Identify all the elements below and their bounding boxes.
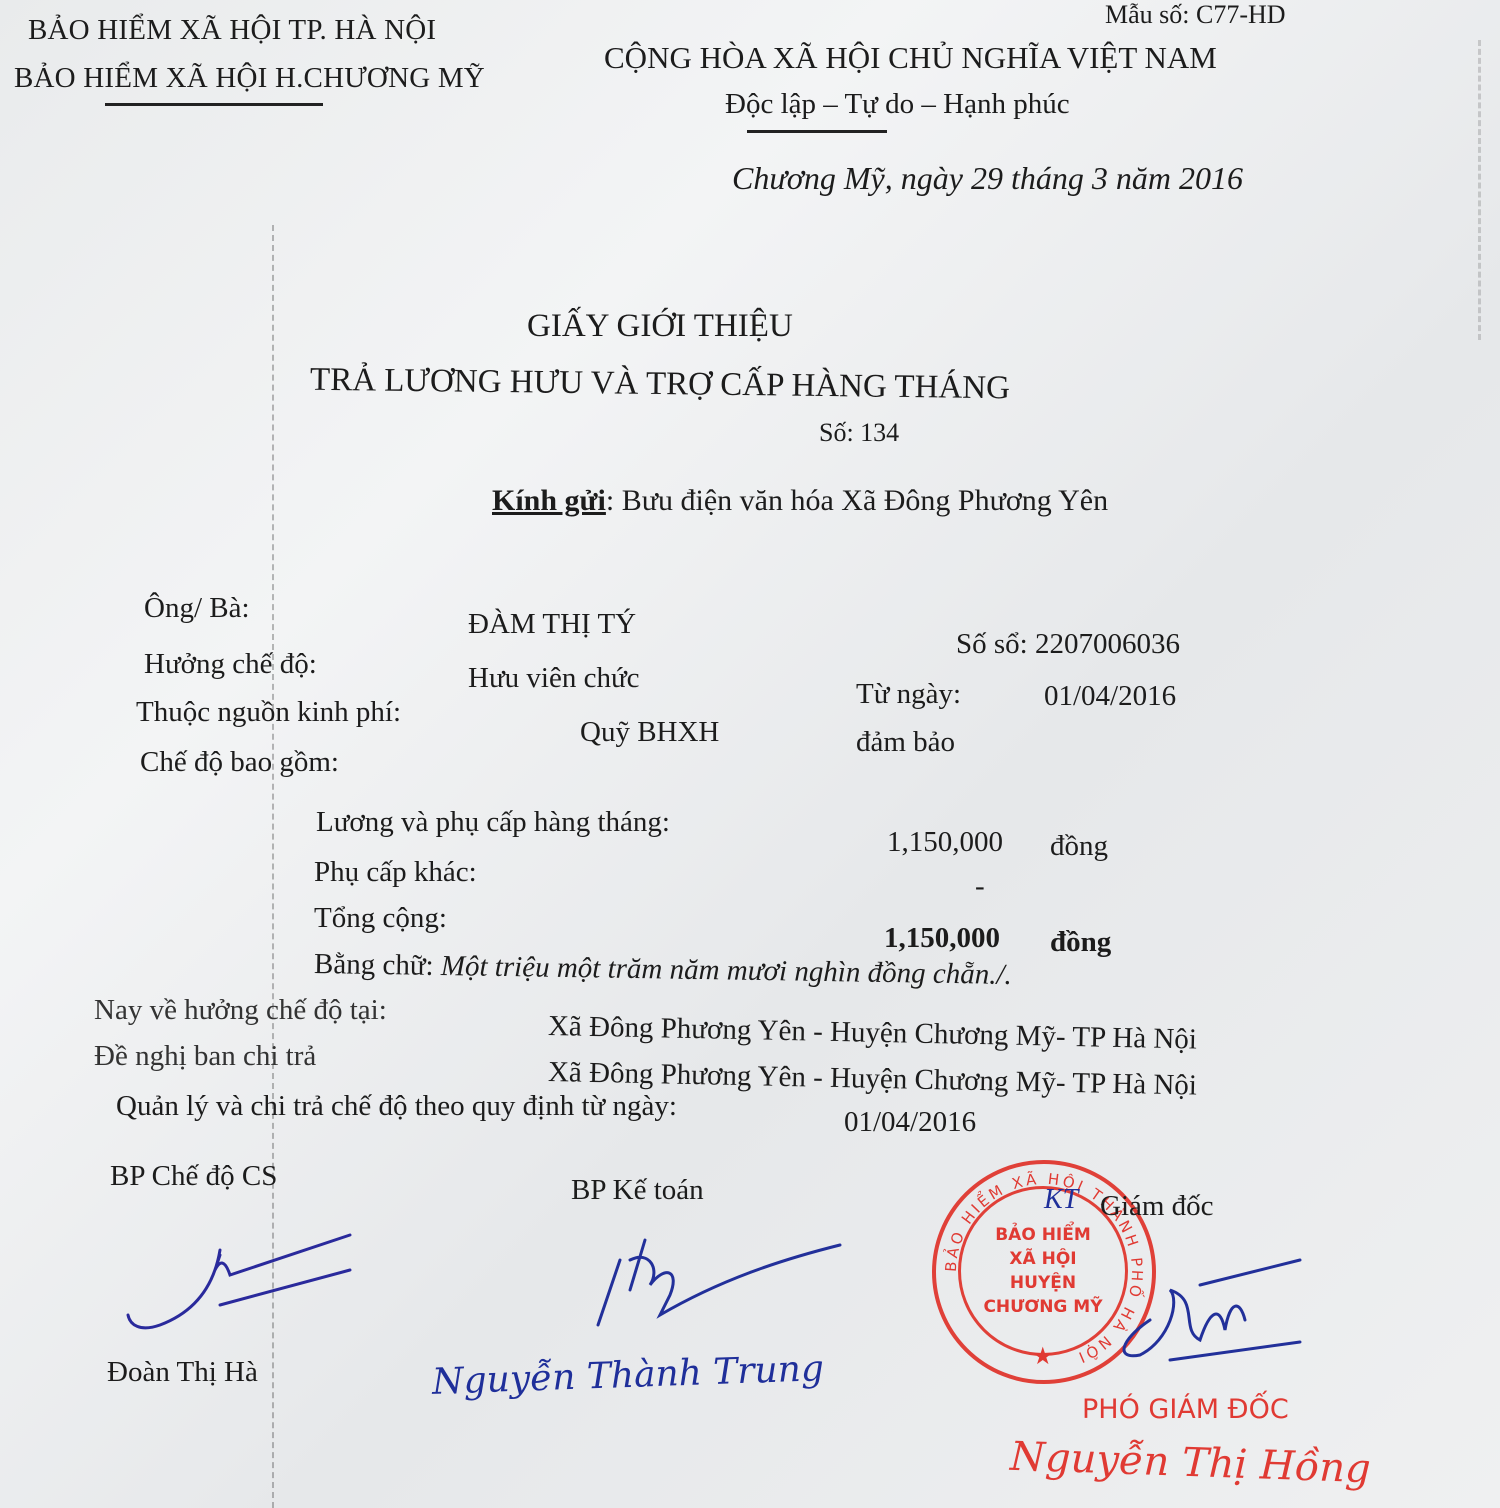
salary-unit: đồng <box>1050 830 1108 863</box>
dept1-title: BP Chế độ CS <box>110 1160 277 1193</box>
signature-2 <box>590 1230 850 1340</box>
deputy-signer-name: Nguyễn Thị Hồng <box>1009 1434 1371 1493</box>
recipient: Kính gửi: Bưu điện văn hóa Xã Đông Phươn… <box>492 484 1108 518</box>
from-date-label: Từ ngày: <box>856 678 961 711</box>
stamp-line-4: CHƯƠNG MỸ <box>961 1295 1125 1319</box>
star-icon: ★ <box>1032 1342 1054 1371</box>
fund-label: Thuộc nguồn kinh phí: <box>136 696 401 729</box>
name-label: Ông/ Bà: <box>144 592 250 625</box>
salary-label: Lương và phụ cấp hàng tháng: <box>316 806 670 839</box>
includes-label: Chế độ bao gồm: <box>140 746 339 779</box>
recipient-value: : Bưu điện văn hóa Xã Đông Phương Yên <box>606 484 1108 517</box>
other-allowance-label: Phụ cấp khác: <box>314 856 477 889</box>
place-date: Chương Mỹ, ngày 29 tháng 3 năm 2016 <box>732 160 1243 197</box>
signature-3 <box>1110 1260 1430 1370</box>
salary-value: 1,150,000 <box>887 826 1003 859</box>
document-title: GIẤY GIỚI THIỆU <box>527 308 793 345</box>
receive-label: Nay về hưởng chế độ tại: <box>94 994 387 1027</box>
stamp-line-2: XÃ HỘI <box>961 1247 1125 1271</box>
recipient-label: Kính gửi <box>492 484 606 517</box>
name-value: ĐÀM THỊ TÝ <box>468 608 636 641</box>
fund-suffix: đảm bảo <box>856 726 955 759</box>
dept2-title: BP Kế toán <box>571 1174 704 1207</box>
total-value: 1,150,000 <box>884 922 1000 955</box>
director-title: Giám đốc <box>1100 1190 1214 1223</box>
total-unit: đồng <box>1050 926 1111 959</box>
director-prefix: KT <box>1044 1184 1078 1216</box>
manage-label: Quản lý và chi trả chế độ theo quy định … <box>116 1090 677 1123</box>
regime-value: Hưu viên chức <box>468 662 640 695</box>
nation-title: CỘNG HÒA XÃ HỘI CHỦ NGHĨA VIỆT NAM <box>604 40 1217 76</box>
motto: Độc lập – Tự do – Hạnh phúc <box>725 88 1070 121</box>
fold-line <box>1478 40 1481 340</box>
form-code: Mẫu số: C77-HD <box>1105 0 1286 30</box>
book-number: Số sổ: 2207006036 <box>956 628 1180 661</box>
motto-underline <box>747 130 887 133</box>
payer-label: Đề nghị ban chi trả <box>94 1040 316 1073</box>
org-line-2: BẢO HIỂM XÃ HỘI H.CHƯƠNG MỸ <box>14 62 485 95</box>
words-label: Bằng chữ: <box>314 948 434 982</box>
stamp-line-1: BẢO HIỂM <box>961 1223 1125 1247</box>
dept2-signer-name: Nguyễn Thành Trung <box>431 1348 824 1403</box>
words-value: Một triệu một trăm năm mươi nghìn đồng c… <box>441 950 1012 991</box>
deputy-title: PHÓ GIÁM ĐỐC <box>1082 1394 1289 1425</box>
receive-value: Xã Đông Phương Yên - Huyện Chương Mỹ- TP… <box>548 1010 1198 1057</box>
org-line-1: BẢO HIỂM XÃ HỘI TP. HÀ NỘI <box>28 14 436 47</box>
total-label: Tổng cộng: <box>314 902 447 935</box>
stamp-line-3: HUYỆN <box>961 1271 1125 1295</box>
regime-label: Hưởng chế độ: <box>144 648 317 681</box>
document-subtitle: TRẢ LƯƠNG HƯU VÀ TRỢ CẤP HÀNG THÁNG <box>310 362 1010 408</box>
org-underline <box>105 103 323 106</box>
manage-date: 01/04/2016 <box>844 1106 976 1139</box>
other-allowance-value: - <box>975 870 985 903</box>
dept1-signer-name: Đoàn Thị Hà <box>107 1356 258 1389</box>
from-date-value: 01/04/2016 <box>1044 680 1176 713</box>
fund-value: Quỹ BHXH <box>580 716 719 749</box>
document-number: Số: 134 <box>819 418 899 448</box>
signature-1 <box>120 1230 360 1350</box>
